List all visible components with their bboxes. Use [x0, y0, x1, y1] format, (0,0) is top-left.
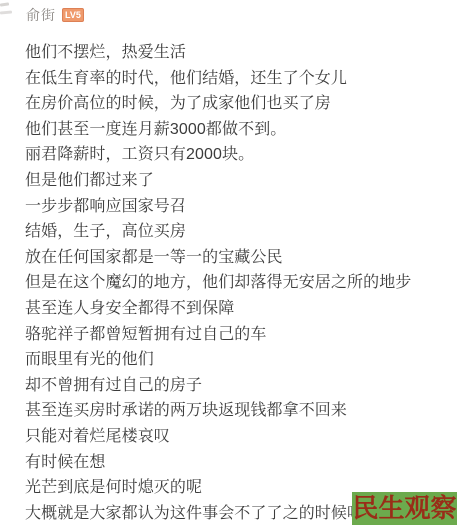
- post-line: 而眼里有光的他们: [25, 347, 457, 373]
- post-line: 放在任何国家都是一等一的宝藏公民: [25, 245, 457, 271]
- post-line: 只能对着烂尾楼哀叹: [25, 424, 457, 450]
- post-screenshot: 俞街 LV5 他们不摆烂，热爱生活 在低生育率的时代，他们结婚，还生了个女儿 在…: [0, 0, 457, 528]
- post-line: 结婚，生子，高位买房: [25, 219, 457, 245]
- post-line: 甚至连买房时承诺的两万块返现钱都拿不回来: [25, 398, 457, 424]
- post-line: 但是他们都过来了: [25, 168, 457, 194]
- author-name[interactable]: 俞街: [26, 5, 56, 25]
- post-line: 但是在这个魔幻的地方，他们却落得无安居之所的地步: [25, 270, 457, 296]
- post-line: 有时候在想: [25, 450, 457, 476]
- post-line: 一步步都响应国家号召: [25, 194, 457, 220]
- post-line: 丽君降薪时，工资只有2000块。: [25, 142, 457, 168]
- post-line: 却不曾拥有过自己的房子: [25, 373, 457, 399]
- post-body: 他们不摆烂，热爱生活 在低生育率的时代，他们结婚，还生了个女儿 在房价高位的时候…: [25, 40, 457, 526]
- post-line: 甚至连人身安全都得不到保障: [25, 296, 457, 322]
- post-line: 在房价高位的时候，为了成家他们也买了房: [25, 91, 457, 117]
- user-level-badge: LV5: [62, 8, 84, 22]
- post-line: 他们不摆烂，热爱生活: [25, 40, 457, 66]
- corner-artifact-mark: [0, 2, 12, 22]
- post-line: 骆驼祥子都曾短暂拥有过自己的车: [25, 322, 457, 348]
- post-line: 在低生育率的时代，他们结婚，还生了个女儿: [25, 66, 457, 92]
- watermark-text: 民生观察: [352, 492, 456, 525]
- watermark-badge: 民生观察: [352, 492, 457, 525]
- post-line: 他们甚至一度连月薪3000都做不到。: [25, 117, 457, 143]
- post-header: 俞街 LV5: [26, 5, 84, 25]
